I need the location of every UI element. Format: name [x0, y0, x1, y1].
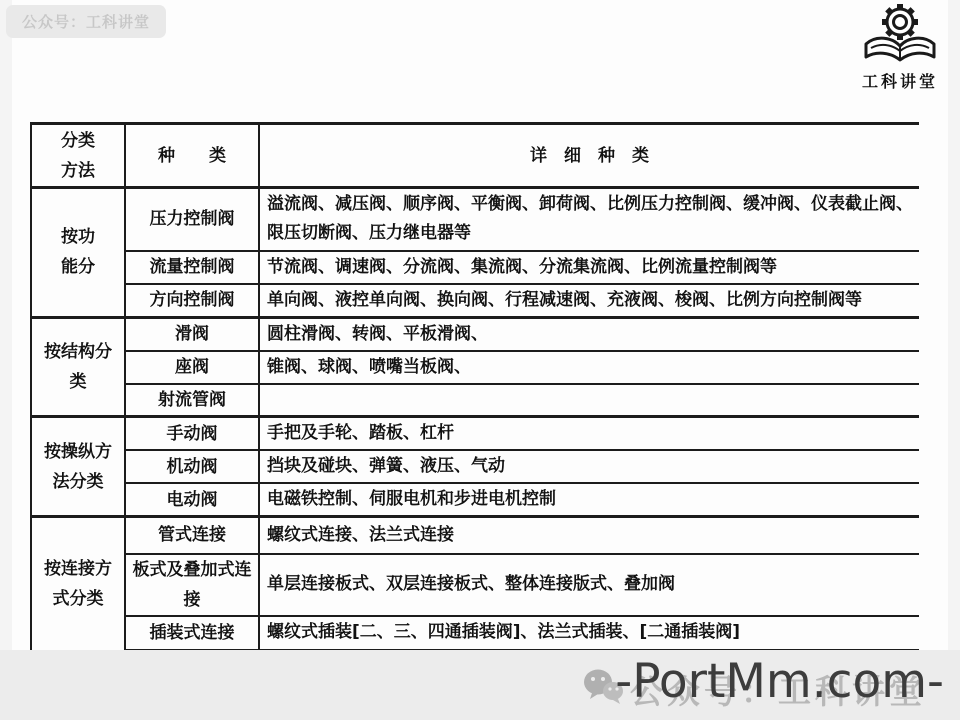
table-row: 流量控制阀 节流阀、调速阀、分流阀、集流阀、分流集流阀、比例流量控制阀等	[31, 251, 919, 284]
type-cell: 管式连接	[125, 517, 259, 554]
type-cell: 手动阀	[125, 417, 259, 451]
detail-cell: 单向阀、液控单向阀、换向阀、行程减速阀、充液阀、梭阀、比例方向控制阀等	[259, 284, 919, 318]
detail-cell: 挡块及碰块、弹簧、液压、气动	[259, 450, 919, 483]
detail-cell: 电磁铁控制、伺服电机和步进电机控制	[259, 483, 919, 517]
method-cell: 按连接方 式分类	[31, 517, 125, 651]
cutoff-row-border	[258, 643, 260, 650]
type-cell: 流量控制阀	[125, 251, 259, 284]
type-cell: 射流管阀	[125, 384, 259, 417]
type-cell: 压力控制阀	[125, 188, 259, 251]
detail-cell: 锥阀、球阀、喷嘴当板阀、	[259, 351, 919, 384]
detail-cell: 手把及手轮、踏板、杠杆	[259, 417, 919, 451]
table-row: 按结构分 类 滑阀 圆柱滑阀、转阀、平板滑阀、	[31, 317, 919, 351]
table-row: 电动阀 电磁铁控制、伺服电机和步进电机控制	[31, 483, 919, 517]
detail-cell: 圆柱滑阀、转阀、平板滑阀、	[259, 317, 919, 351]
header-type: 种 类	[125, 124, 259, 188]
table-row: 机动阀 挡块及碰块、弹簧、液压、气动	[31, 450, 919, 483]
detail-cell: 螺纹式连接、法兰式连接	[259, 517, 919, 554]
type-cell: 机动阀	[125, 450, 259, 483]
method-cell: 按功 能分	[31, 188, 125, 318]
table-row: 插装式连接 螺纹式插装[二、三、四通插装阀]、法兰式插装、[二通插装阀]	[31, 616, 919, 651]
detail-cell: 单层连接板式、双层连接板式、整体连接版式、叠加阀	[259, 554, 919, 616]
logo-label: 工科讲堂	[848, 69, 952, 92]
detail-cell	[259, 384, 919, 417]
detail-cell: 螺纹式插装[二、三、四通插装阀]、法兰式插装、[二通插装阀]	[259, 616, 919, 651]
header-detail: 详 细 种 类	[259, 124, 919, 188]
type-cell: 座阀	[125, 351, 259, 384]
gear-book-icon	[858, 49, 942, 68]
channel-badge: 公众号：工科讲堂	[6, 5, 166, 38]
table-row: 按操纵方 法分类 手动阀 手把及手轮、踏板、杠杆	[31, 417, 919, 451]
table-row: 按功 能分 压力控制阀 溢流阀、减压阀、顺序阀、平衡阀、卸荷阀、比例压力控制阀、…	[31, 188, 919, 251]
table-row: 射流管阀	[31, 384, 919, 417]
table-row: 按连接方 式分类 管式连接 螺纹式连接、法兰式连接	[31, 517, 919, 554]
table-row: 方向控制阀 单向阀、液控单向阀、换向阀、行程减速阀、充液阀、梭阀、比例方向控制阀…	[31, 284, 919, 318]
table-header-row: 分类 方法 种 类 详 细 种 类	[31, 124, 919, 188]
slide-page: { "page": { "badge": "公众号：工科讲堂", "logo_l…	[0, 0, 960, 720]
footer-strip: 公众号：工科讲堂 -PortMm.com-	[0, 650, 960, 720]
type-cell: 板式及叠加式连 接	[125, 554, 259, 616]
method-cell: 按操纵方 法分类	[31, 417, 125, 517]
watermark-text: -PortMm.com-	[615, 654, 944, 709]
header-method: 分类 方法	[31, 124, 125, 188]
type-cell: 方向控制阀	[125, 284, 259, 318]
engineering-lecture-logo: 工科讲堂	[848, 2, 952, 92]
type-cell: 电动阀	[125, 483, 259, 517]
method-cell: 按结构分 类	[31, 317, 125, 417]
table-row: 板式及叠加式连 接 单层连接板式、双层连接板式、整体连接版式、叠加阀	[31, 554, 919, 616]
detail-cell: 溢流阀、减压阀、顺序阀、平衡阀、卸荷阀、比例压力控制阀、缓冲阀、仪表截止阀、限压…	[259, 188, 919, 251]
valve-classification-table: 分类 方法 种 类 详 细 种 类 按功 能分 压力控制阀 溢流阀、减压阀、顺序…	[30, 122, 918, 652]
table-row: 座阀 锥阀、球阀、喷嘴当板阀、	[31, 351, 919, 384]
cutoff-row-border	[124, 643, 126, 650]
type-cell: 插装式连接	[125, 616, 259, 651]
type-cell: 滑阀	[125, 317, 259, 351]
detail-cell: 节流阀、调速阀、分流阀、集流阀、分流集流阀、比例流量控制阀等	[259, 251, 919, 284]
